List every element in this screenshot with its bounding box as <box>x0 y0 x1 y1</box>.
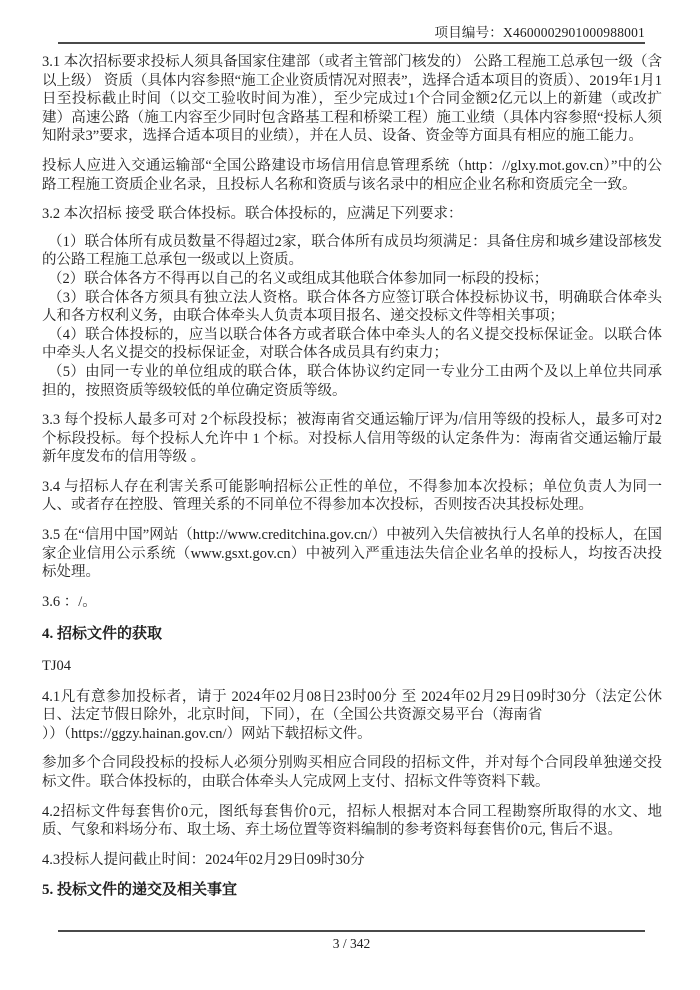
paragraph-3-2: 3.2 本次招标 接受 联合体投标。联合体投标的，应满足下列要求： <box>42 205 662 224</box>
paragraph-4-2: 4.2招标文件每套售价0元，图纸每套售价0元，招标人根据对本合同工程勘察所取得的… <box>42 803 662 840</box>
paragraph-3-3: 3.3 每个投标人最多可对 2个标段投标；被海南省交通运输厅评为/信用等级的投标… <box>42 411 662 467</box>
jv-requirement-1: （1）联合体所有成员数量不得超过2家，联合体所有成员均须满足：具备住房和城乡建设… <box>42 233 662 270</box>
paragraph-3-5: 3.5 在“信用中国”网站（http://www.creditchina.gov… <box>42 526 662 582</box>
jv-requirement-5: （5）由同一专业的单位组成的联合体，联合体协议约定同一专业分工由两个及以上单位共… <box>42 363 662 400</box>
jv-requirement-3: （3）联合体各方须具有独立法人资格。联合体各方应签订联合体投标协议书，明确联合体… <box>42 289 662 326</box>
document-page: 项目编号：X4600002901000988001 3.1 本次招标要求投标人须… <box>0 0 700 990</box>
contract-code: TJ04 <box>42 657 662 676</box>
paragraph-credit-registry: 投标人应进入交通运输部“全国公路建设市场信用信息管理系统（http：//glxy… <box>42 157 662 194</box>
project-number-value: X4600002901000988001 <box>503 25 645 40</box>
section-heading-5: 5. 投标文件的递交及相关事宜 <box>42 881 662 900</box>
jv-requirement-2: （2）联合体各方不得再以自己的名义或组成其他联合体参加同一标段的投标； <box>42 270 662 289</box>
paragraph-multi-contract: 参加多个合同段投标的投标人必须分别购买相应合同段的招标文件，并对每个合同段单独递… <box>42 754 662 791</box>
page-header: 项目编号：X4600002901000988001 <box>58 0 645 44</box>
paragraph-4-3: 4.3投标人提问截止时间：2024年02月29日09时30分 <box>42 851 662 870</box>
section-heading-4: 4. 招标文件的获取 <box>42 625 662 644</box>
page-footer: 3 / 342 <box>58 930 645 952</box>
page-number: 3 / 342 <box>333 936 371 951</box>
project-number-label: 项目编号： <box>435 25 504 40</box>
paragraph-4-1: 4.1凡有意参加投标者，请于 2024年02月08日23时00分 至 2024年… <box>42 688 662 744</box>
document-body: 3.1 本次招标要求投标人须具备国家住建部（或者主管部门核发的） 公路工程施工总… <box>42 53 662 900</box>
paragraph-3-6: 3.6 ：/。 <box>42 593 662 612</box>
paragraph-3-1: 3.1 本次招标要求投标人须具备国家住建部（或者主管部门核发的） 公路工程施工总… <box>42 53 662 146</box>
jv-requirement-4: （4）联合体投标的，应当以联合体各方或者联合体中牵头人的名义提交投标保证金。以联… <box>42 326 662 363</box>
paragraph-3-4: 3.4 与招标人存在利害关系可能影响招标公正性的单位，不得参加本次投标；单位负责… <box>42 478 662 515</box>
